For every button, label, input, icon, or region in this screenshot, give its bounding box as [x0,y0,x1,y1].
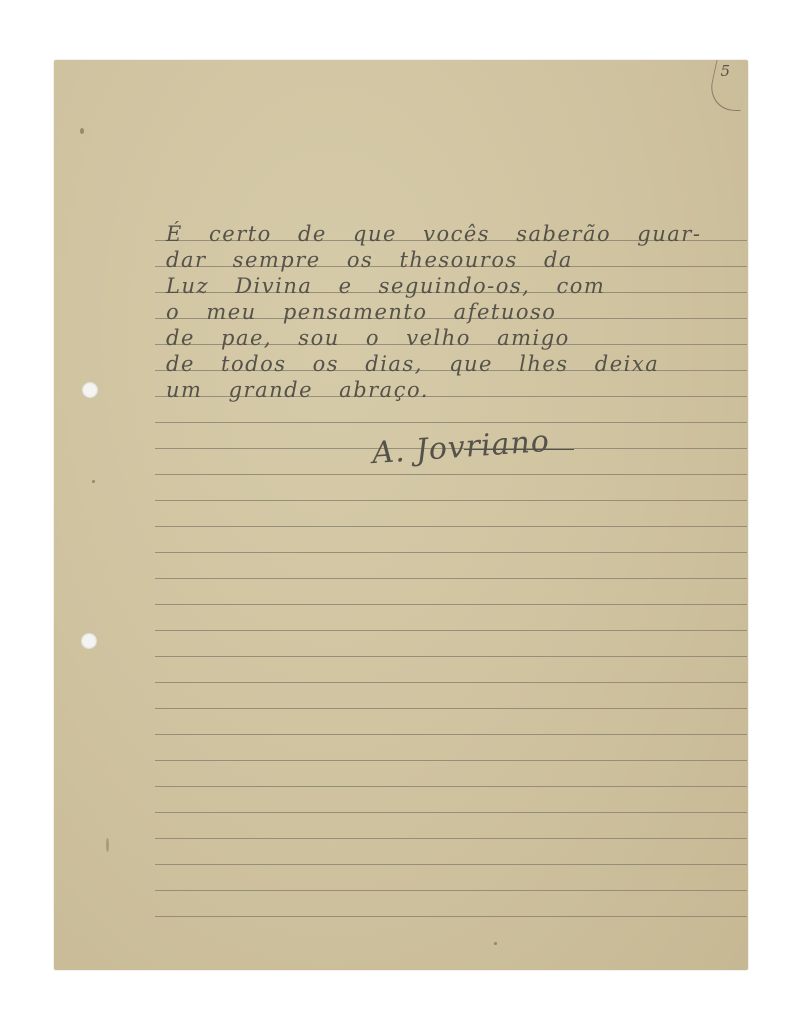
ruled-line [155,578,747,579]
ruled-line [155,500,747,501]
letter-line-5: de pae, sou o velho amigo [166,328,570,349]
ruled-line [155,474,747,475]
punch-hole-top [82,382,98,398]
ruled-line [155,422,747,423]
signature-underline [464,449,574,450]
ruled-line [155,760,747,761]
ruled-line [155,552,747,553]
ruled-line [155,890,747,891]
ruled-line [155,656,747,657]
letter-page: 5 É certo de que vocês saberão guar- dar… [54,60,748,970]
letter-line-3: Luz Divina e seguindo-os, com [166,276,605,297]
ruled-line [155,864,747,865]
ruled-line [155,604,747,605]
letter-line-4: o meu pensamento afetuoso [166,302,556,323]
letter-line-6: de todos os dias, que lhes deixa [166,354,659,375]
page-number: 5 [720,62,730,80]
ruled-line [155,682,747,683]
stain-spot [92,480,95,483]
ruled-line [155,812,747,813]
stain-spot [80,128,84,134]
ruled-line [155,838,747,839]
ruled-line [155,786,747,787]
punch-hole-bottom [81,633,97,649]
ruled-line [155,526,747,527]
ruled-line [155,916,747,917]
signature: A. Jovriano [371,424,551,471]
letter-line-1: É certo de que vocês saberão guar- [166,224,701,245]
ruled-line [155,630,747,631]
letter-line-2: dar sempre os thesouros da [166,250,573,271]
stain-spot [494,942,497,945]
letter-line-7: um grande abraço. [166,380,429,401]
ruled-line [155,708,747,709]
stain-spot [106,838,109,852]
ruled-line [155,734,747,735]
